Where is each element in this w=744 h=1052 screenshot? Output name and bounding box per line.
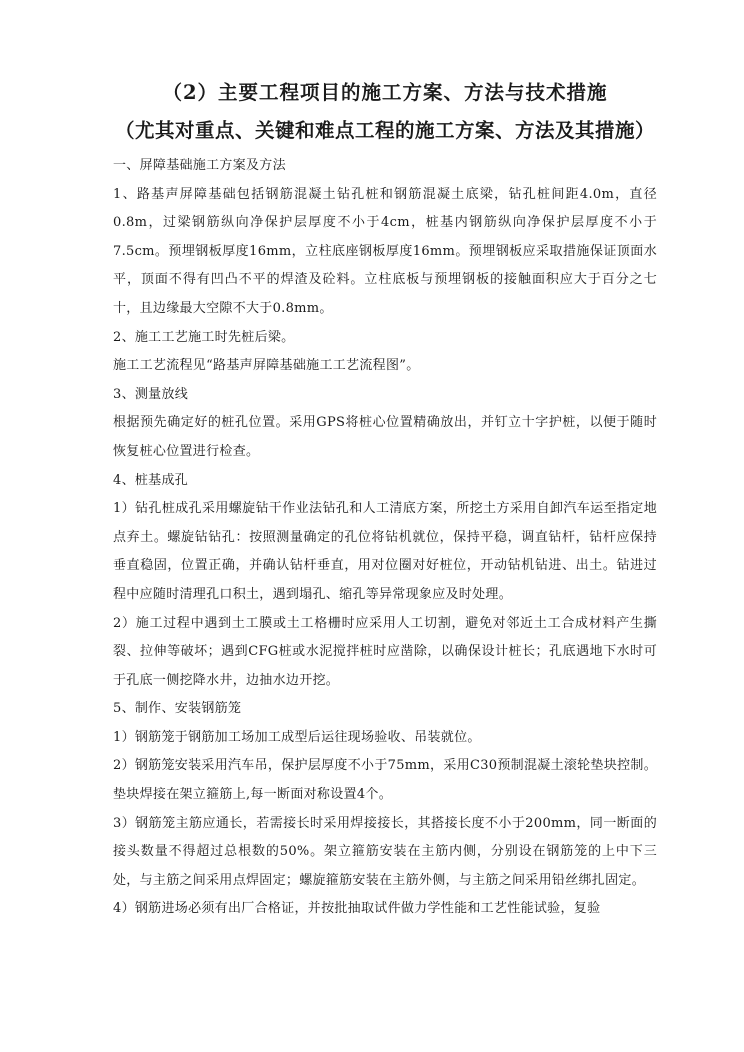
paragraph: 2、施工工艺施工时先桩后梁。 (113, 324, 657, 353)
section-heading: 一、屏障基础施工方案及方法 (113, 152, 657, 181)
document-subtitle: （尤其对重点、关键和难点工程的施工方案、方法及其措施） (99, 116, 671, 146)
paragraph: 1）钢筋笼于钢筋加工场加工成型后运往现场验收、吊装就位。 (113, 724, 657, 753)
document-body: 一、屏障基础施工方案及方法 1、路基声屏障基础包括钢筋混凝土钻孔桩和钢筋混凝土底… (113, 152, 657, 924)
paragraph: 3）钢筋笼主筋应通长，若需接长时采用焊接接长，其搭接长度不小于200mm，同一断… (113, 810, 657, 896)
paragraph: 2）施工过程中遇到土工膜或土工格栅时应采用人工切割，避免对邻近土工合成材料产生撕… (113, 610, 657, 696)
paragraph: 2）钢筋笼安装采用汽车吊，保护层厚度不小于75mm，采用C30预制混凝土滚轮垫块… (113, 752, 657, 809)
paragraph: 1、路基声屏障基础包括钢筋混凝土钻孔桩和钢筋混凝土底梁，钻孔桩间距4.0m，直径… (113, 181, 657, 324)
document-page: （2）主要工程项目的施工方案、方法与技术措施 （尤其对重点、关键和难点工程的施工… (113, 78, 657, 924)
paragraph: 根据预先确定好的桩孔位置。采用GPS将桩心位置精确放出，并钉立十字护桩，以便于随… (113, 409, 657, 466)
subsection-heading: 5、制作、安装钢筋笼 (113, 695, 657, 724)
paragraph: 1）钻孔桩成孔采用螺旋钻干作业法钻孔和人工清底方案，所挖土方采用自卸汽车运至指定… (113, 495, 657, 609)
subsection-heading: 3、测量放线 (113, 381, 657, 410)
subsection-heading: 4、桩基成孔 (113, 467, 657, 496)
paragraph: 4）钢筋进场必须有出厂合格证，并按批抽取试件做力学性能和工艺性能试验，复验 (113, 895, 657, 924)
document-title: （2）主要工程项目的施工方案、方法与技术措施 (113, 78, 657, 108)
paragraph: 施工工艺流程见“路基声屏障基础施工工艺流程图”。 (113, 352, 657, 381)
